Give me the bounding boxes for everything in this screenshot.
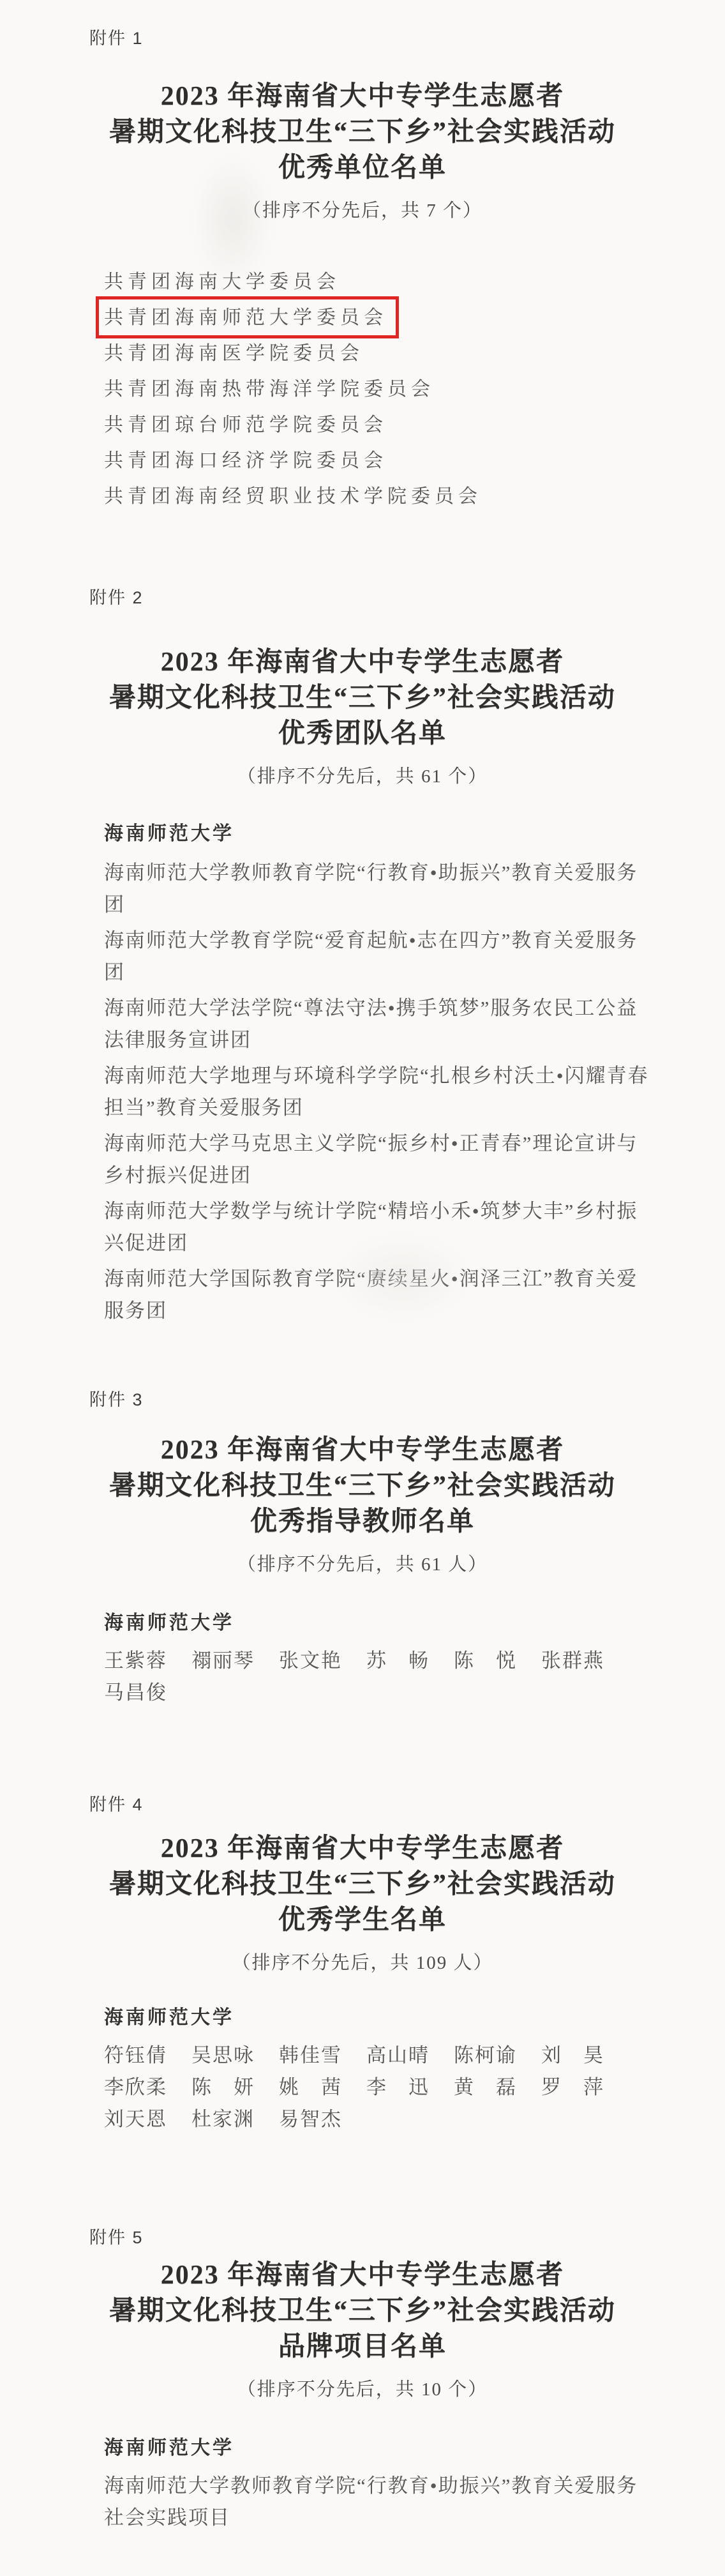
person-name: 李欣柔: [104, 2072, 191, 2103]
title-line: 品牌项目名单: [0, 2329, 725, 2365]
team-list: 海南师范大学教师教育学院“行教育•助振兴”教育关爱服务团 海南师范大学教育学院“…: [104, 857, 650, 1327]
person-name: 姚 茜: [279, 2072, 366, 2103]
teacher-name-list: 王紫蓉禤丽琴张文艳苏 畅陈 悦张群燕马昌俊: [104, 1645, 653, 1709]
attachment-4-title: 2023 年海南省大中专学生志愿者 暑期文化科技卫生“三下乡”社会实践活动 优秀…: [0, 1831, 725, 1938]
unit-list-item-text: 共青团海南师范大学委员会: [104, 307, 387, 328]
title-line: 暑期文化科技卫生“三下乡”社会实践活动: [0, 2293, 725, 2329]
person-name: 吴思咏: [191, 2040, 279, 2072]
unit-list-item: 共青团琼台师范学院委员会: [104, 407, 725, 443]
title-line: 暑期文化科技卫生“三下乡”社会实践活动: [0, 680, 725, 716]
attachment-1-title: 2023 年海南省大中专学生志愿者 暑期文化科技卫生“三下乡”社会实践活动 优秀…: [0, 79, 725, 186]
person-name: 罗 萍: [541, 2072, 629, 2103]
team-list-item: 海南师范大学教育学院“爱育起航•志在四方”教育关爱服务团: [104, 925, 650, 989]
person-name: 韩佳雪: [279, 2040, 366, 2072]
university-header: 海南师范大学: [104, 2001, 725, 2029]
title-line: 2023 年海南省大中专学生志愿者: [0, 79, 725, 114]
team-list-item: 海南师范大学国际教育学院“赓续星火•润泽三江”教育关爱服务团: [104, 1263, 650, 1327]
attachment-2-label: 附件 2: [89, 584, 725, 609]
person-name: 刘天恩: [104, 2103, 191, 2135]
attachment-2-subtitle: （排序不分先后，共 61 个）: [0, 762, 725, 788]
title-line: 暑期文化科技卫生“三下乡”社会实践活动: [0, 1867, 725, 1902]
person-name: 禤丽琴: [191, 1645, 279, 1677]
unit-list-item: 共青团海南热带海洋学院委员会: [104, 372, 725, 407]
title-line: 优秀指导教师名单: [0, 1504, 725, 1540]
person-name: 李 迅: [366, 2072, 454, 2103]
unit-list-item: 共青团海南医学院委员会: [104, 336, 725, 372]
person-name: 苏 畅: [366, 1645, 454, 1677]
attachment-3-title: 2023 年海南省大中专学生志愿者 暑期文化科技卫生“三下乡”社会实践活动 优秀…: [0, 1432, 725, 1540]
university-header: 海南师范大学: [104, 817, 725, 845]
unit-list-item: 共青团海南大学委员会: [104, 264, 725, 300]
person-name: 张群燕: [541, 1645, 629, 1677]
attachment-3-subtitle: （排序不分先后，共 61 人）: [0, 1550, 725, 1576]
attachment-3-label: 附件 3: [89, 1386, 725, 1411]
attachment-1-section: 附件 1 2023 年海南省大中专学生志愿者 暑期文化科技卫生“三下乡”社会实践…: [0, 24, 725, 515]
title-line: 优秀学生名单: [0, 1902, 725, 1938]
title-line: 优秀单位名单: [0, 150, 725, 186]
person-name: 陈柯谕: [454, 2040, 541, 2072]
unit-list-item: 共青团海口经济学院委员会: [104, 443, 725, 479]
scanned-document-page: 附件 1 2023 年海南省大中专学生志愿者 暑期文化科技卫生“三下乡”社会实践…: [0, 0, 725, 2576]
title-line: 2023 年海南省大中专学生志愿者: [0, 644, 725, 680]
team-list-item: 海南师范大学马克思主义学院“振乡村•正青春”理论宣讲与乡村振兴促进团: [104, 1128, 650, 1192]
title-line: 暑期文化科技卫生“三下乡”社会实践活动: [0, 1468, 725, 1504]
university-header: 海南师范大学: [104, 1607, 725, 1635]
project-list: 海南师范大学教师教育学院“行教育•助振兴”教育关爱服务社会实践项目: [104, 2470, 650, 2534]
attachment-3-section: 附件 3 2023 年海南省大中专学生志愿者 暑期文化科技卫生“三下乡”社会实践…: [0, 1386, 725, 1709]
person-name: 杜家渊: [191, 2103, 279, 2135]
person-name: 刘 昊: [541, 2040, 629, 2072]
unit-list-item-highlighted: 共青团海南师范大学委员会: [104, 300, 725, 336]
team-list-item: 海南师范大学数学与统计学院“精培小禾•筑梦大丰”乡村振兴促进团: [104, 1195, 650, 1259]
person-name: 黄 磊: [454, 2072, 541, 2103]
title-line: 暑期文化科技卫生“三下乡”社会实践活动: [0, 114, 725, 150]
unit-list: 共青团海南大学委员会 共青团海南师范大学委员会 共青团海南医学院委员会 共青团海…: [104, 264, 725, 515]
attachment-5-subtitle: （排序不分先后，共 10 个）: [0, 2375, 725, 2401]
attachment-5-label: 附件 5: [89, 2224, 725, 2248]
person-name: 陈 妍: [191, 2072, 279, 2103]
attachment-1-label: 附件 1: [89, 24, 725, 49]
person-name: 张文艳: [279, 1645, 366, 1677]
attachment-5-title: 2023 年海南省大中专学生志愿者 暑期文化科技卫生“三下乡”社会实践活动 品牌…: [0, 2257, 725, 2365]
student-name-list: 符钰倩吴思咏韩佳雪高山晴陈柯谕刘 昊李欣柔陈 妍姚 茜李 迅黄 磊罗 萍刘天恩杜…: [104, 2040, 653, 2135]
attachment-4-label: 附件 4: [89, 1791, 725, 1815]
title-line: 2023 年海南省大中专学生志愿者: [0, 1432, 725, 1468]
person-name: 易智杰: [279, 2103, 366, 2135]
title-line: 2023 年海南省大中专学生志愿者: [0, 2257, 725, 2293]
unit-list-item: 共青团海南经贸职业技术学院委员会: [104, 479, 725, 515]
person-name: 王紫蓉: [104, 1645, 191, 1677]
team-list-item: 海南师范大学教师教育学院“行教育•助振兴”教育关爱服务团: [104, 857, 650, 921]
attachment-4-subtitle: （排序不分先后，共 109 人）: [0, 1948, 725, 1974]
university-header: 海南师范大学: [104, 2432, 725, 2460]
highlight-box: 共青团海南师范大学委员会: [104, 300, 387, 336]
attachment-2-section: 附件 2 2023 年海南省大中专学生志愿者 暑期文化科技卫生“三下乡”社会实践…: [0, 584, 725, 1327]
attachment-4-section: 附件 4 2023 年海南省大中专学生志愿者 暑期文化科技卫生“三下乡”社会实践…: [0, 1791, 725, 2135]
title-line: 优秀团队名单: [0, 716, 725, 752]
title-line: 2023 年海南省大中专学生志愿者: [0, 1831, 725, 1867]
team-list-item: 海南师范大学法学院“尊法守法•携手筑梦”服务农民工公益法律服务宣讲团: [104, 992, 650, 1056]
person-name: 陈 悦: [454, 1645, 541, 1677]
attachment-2-title: 2023 年海南省大中专学生志愿者 暑期文化科技卫生“三下乡”社会实践活动 优秀…: [0, 644, 725, 752]
person-name: 符钰倩: [104, 2040, 191, 2072]
person-name: 高山晴: [366, 2040, 454, 2072]
team-list-item: 海南师范大学地理与环境科学学院“扎根乡村沃土•闪耀青春担当”教育关爱服务团: [104, 1060, 650, 1124]
attachment-5-section: 附件 5 2023 年海南省大中专学生志愿者 暑期文化科技卫生“三下乡”社会实践…: [0, 2224, 725, 2534]
person-name: 马昌俊: [104, 1677, 191, 1709]
project-list-item: 海南师范大学教师教育学院“行教育•助振兴”教育关爱服务社会实践项目: [104, 2470, 650, 2534]
attachment-1-subtitle: （排序不分先后，共 7 个）: [0, 196, 725, 222]
